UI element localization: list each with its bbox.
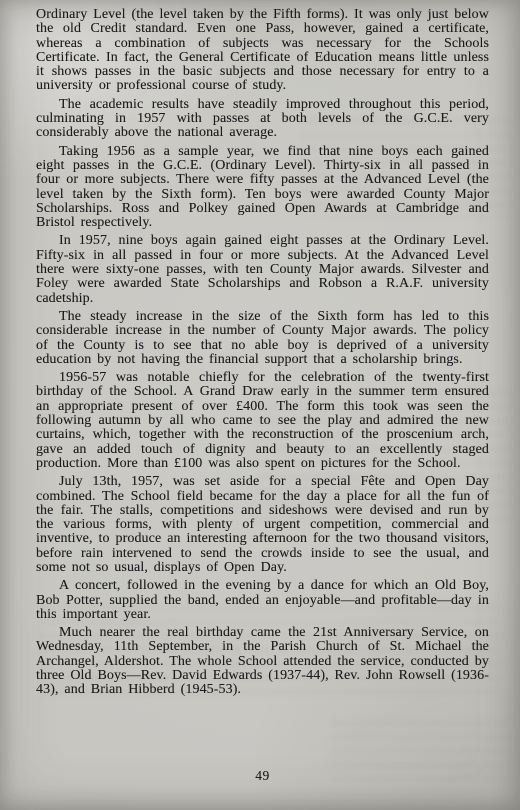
body-text: Ordinary Level (the level taken by the F…	[36, 8, 489, 702]
paragraph-9: Much nearer the real birthday came the 2…	[36, 626, 489, 697]
paragraph-8: A concert, followed in the evening by a …	[36, 579, 489, 622]
book-page: Ordinary Level (the level taken by the F…	[0, 0, 520, 810]
paragraph-5: The steady increase in the size of the S…	[36, 310, 489, 367]
page-number: 49	[36, 768, 489, 784]
paragraph-1: Ordinary Level (the level taken by the F…	[36, 8, 489, 94]
paragraph-6: 1956-57 was notable chiefly for the cele…	[36, 371, 489, 471]
paragraph-7: July 13th, 1957, was set aside for a spe…	[36, 475, 489, 575]
paragraph-2: The academic results have steadily impro…	[36, 98, 489, 141]
paragraph-3: Taking 1956 as a sample year, we find th…	[36, 145, 489, 231]
paragraph-4: In 1957, nine boys again gained eight pa…	[36, 234, 489, 305]
